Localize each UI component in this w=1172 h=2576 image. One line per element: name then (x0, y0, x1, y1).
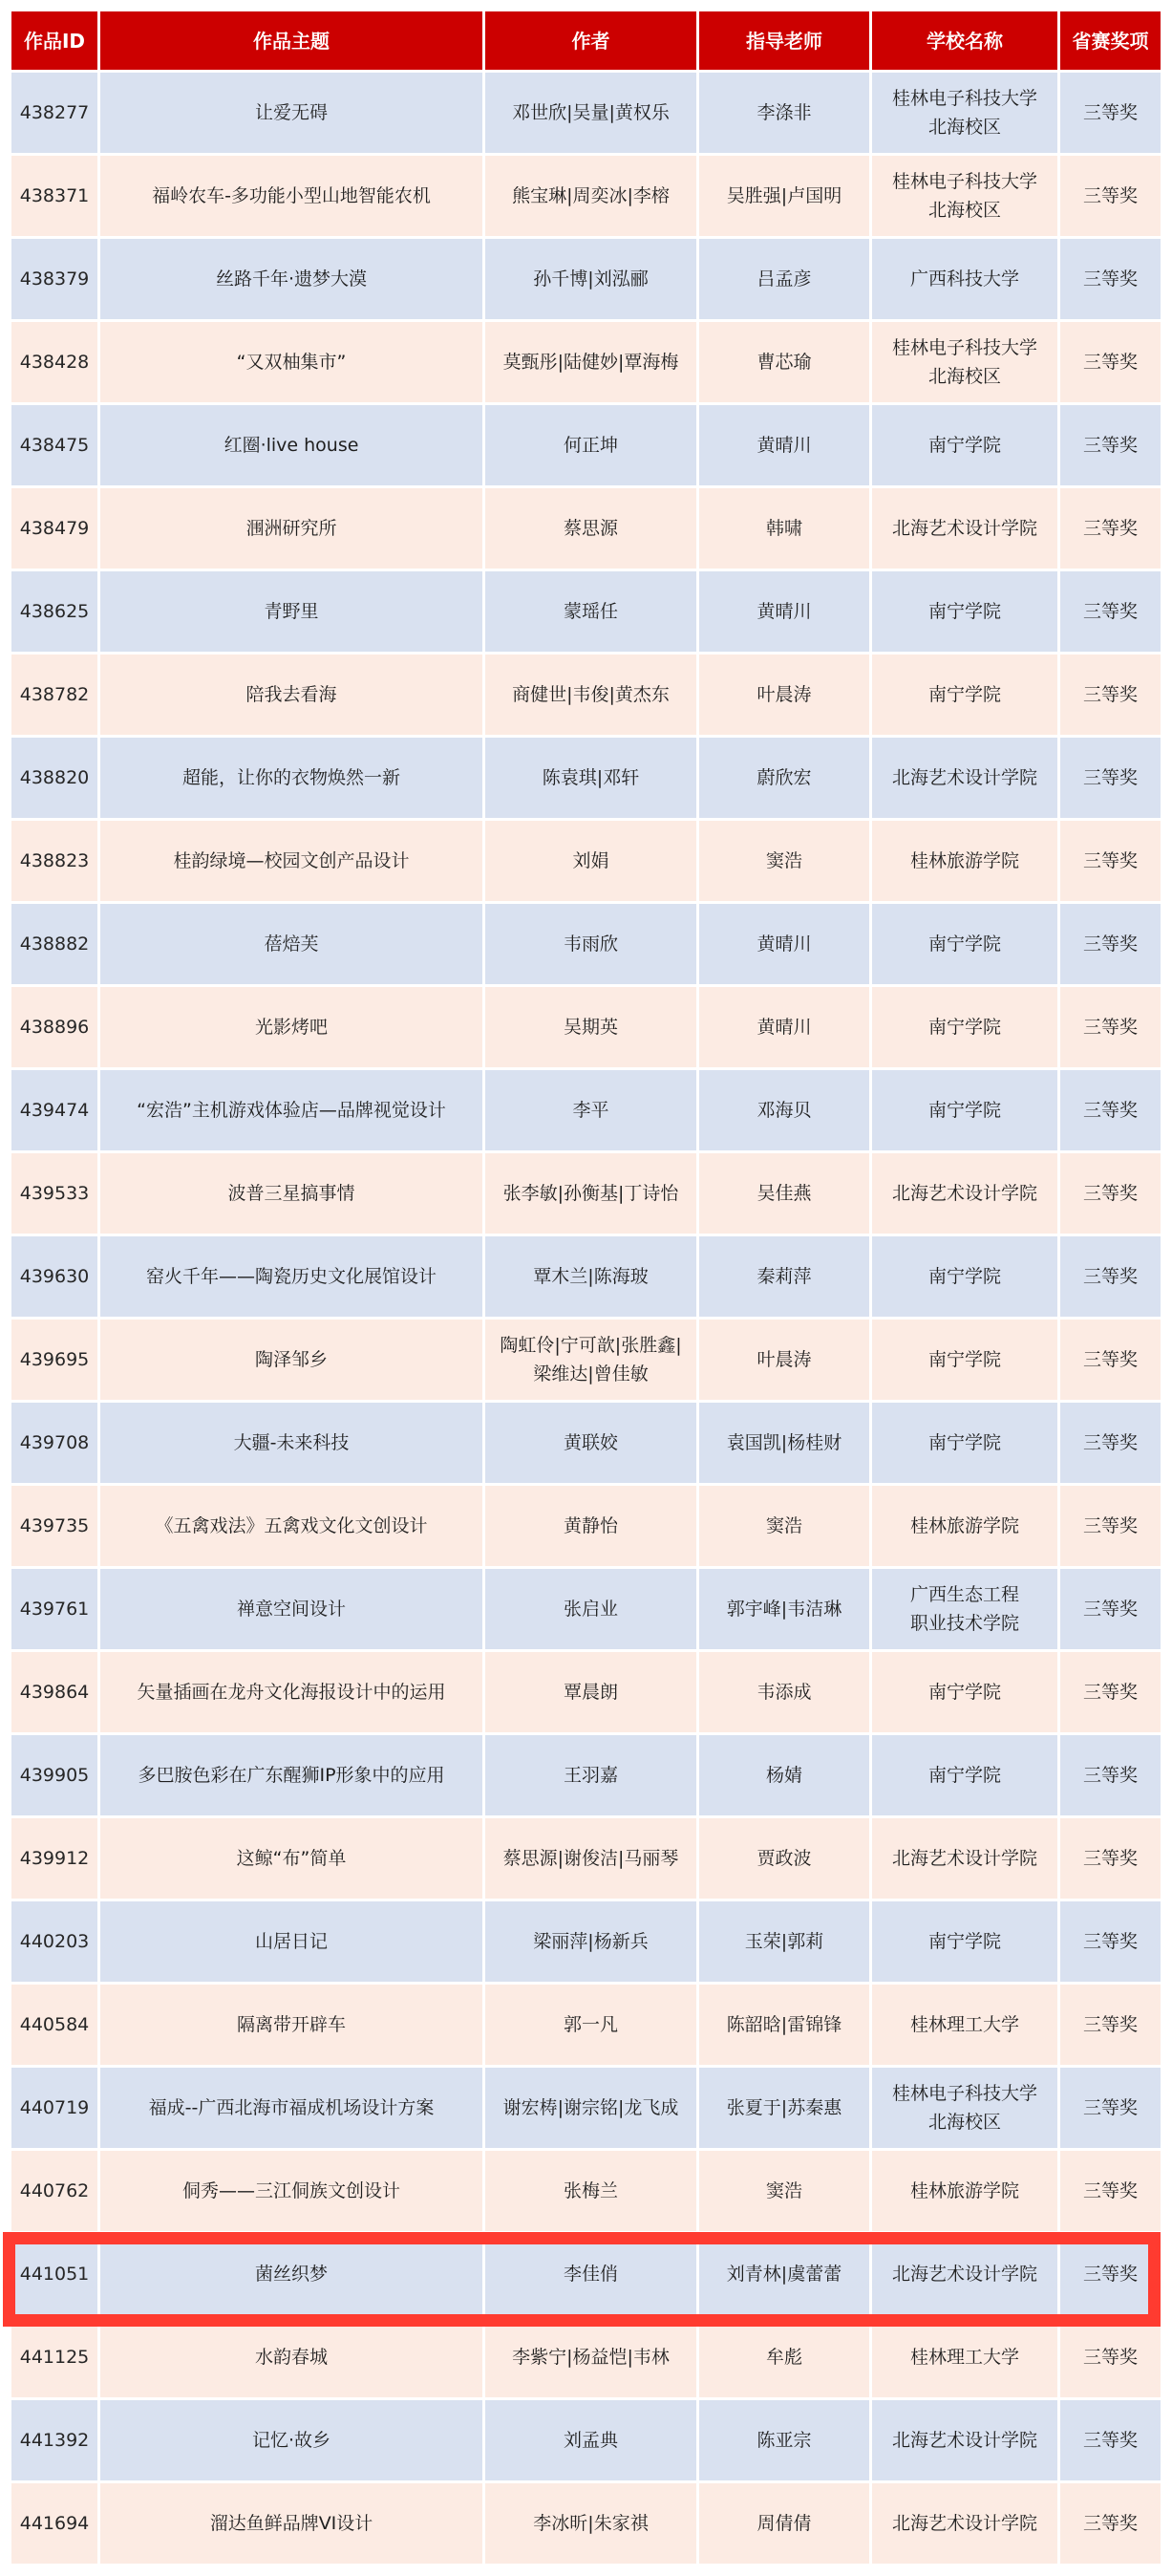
cell-school: 南宁学院 (872, 1320, 1057, 1400)
cell-school: 北海艺术设计学院 (872, 1153, 1057, 1234)
cell-work-id: 440203 (11, 1901, 97, 1982)
cell-school: 南宁学院 (872, 1403, 1057, 1483)
table-row: 441392 记忆·故乡 刘孟典 陈亚宗 北海艺术设计学院 三等奖 (11, 2400, 1161, 2480)
cell-award: 三等奖 (1060, 821, 1161, 901)
cell-authors: 李平 (485, 1070, 696, 1150)
table-row: 438896 光影烤吧 吴期英 黄晴川 南宁学院 三等奖 (11, 987, 1161, 1067)
cell-work-id: 438428 (11, 322, 97, 402)
cell-school: 广西科技大学 (872, 239, 1057, 319)
cell-work-id: 441051 (11, 2234, 97, 2314)
cell-advisors: 窦浩 (699, 2151, 869, 2231)
cell-authors: 李紫宁|杨益恺|韦林 (485, 2317, 696, 2397)
cell-authors: 刘孟典 (485, 2400, 696, 2480)
cell-school: 南宁学院 (872, 904, 1057, 984)
cell-advisors: 韩啸 (699, 488, 869, 569)
table-row: 439533 波普三星搞事情 张李敏|孙衡基|丁诗怡 吴佳燕 北海艺术设计学院 … (11, 1153, 1161, 1234)
cell-advisors: 叶晨涛 (699, 1320, 869, 1400)
cell-school: 南宁学院 (872, 405, 1057, 485)
cell-advisors: 吕孟彦 (699, 239, 869, 319)
cell-work-id: 438475 (11, 405, 97, 485)
cell-authors: 蔡思源 (485, 488, 696, 569)
table-row-highlighted: 441051 菌丝织梦 李佳俏 刘青林|虞蕾蕾 北海艺术设计学院 三等奖 (11, 2234, 1161, 2314)
cell-school: 桂林理工大学 (872, 1985, 1057, 2065)
cell-school: 北海艺术设计学院 (872, 1818, 1057, 1899)
cell-award: 三等奖 (1060, 1153, 1161, 1234)
cell-advisors: 袁国凯|杨桂财 (699, 1403, 869, 1483)
cell-award: 三等奖 (1060, 1735, 1161, 1815)
cell-authors: 莫甄彤|陆健妙|覃海梅 (485, 322, 696, 402)
cell-school: 桂林旅游学院 (872, 1486, 1057, 1566)
table-row: 438479 涠洲研究所 蔡思源 韩啸 北海艺术设计学院 三等奖 (11, 488, 1161, 569)
cell-work-id: 440719 (11, 2068, 97, 2148)
cell-award: 三等奖 (1060, 156, 1161, 236)
header-award: 省赛奖项 (1060, 11, 1161, 70)
table-row: 438371 福岭农车-多功能小型山地智能农机 熊宝琳|周奕冰|李榕 吴胜强|卢… (11, 156, 1161, 236)
table-row: 439761 禅意空间设计 张启业 郭宇峰|韦洁琳 广西生态工程 职业技术学院 … (11, 1569, 1161, 1649)
header-work-title: 作品主题 (100, 11, 482, 70)
cell-work-title: 山居日记 (100, 1901, 482, 1982)
table-row: 441125 水韵春城 李紫宁|杨益恺|韦林 牟彪 桂林理工大学 三等奖 (11, 2317, 1161, 2397)
cell-work-id: 439474 (11, 1070, 97, 1150)
cell-work-id: 439735 (11, 1486, 97, 1566)
cell-work-title: 矢量插画在龙舟文化海报设计中的运用 (100, 1652, 482, 1732)
cell-school: 北海艺术设计学院 (872, 2483, 1057, 2564)
cell-award: 三等奖 (1060, 1985, 1161, 2065)
cell-authors: 张李敏|孙衡基|丁诗怡 (485, 1153, 696, 1234)
cell-advisors: 陈亚宗 (699, 2400, 869, 2480)
cell-authors: 黄静怡 (485, 1486, 696, 1566)
cell-authors: 孙千博|刘泓郦 (485, 239, 696, 319)
cell-school: 南宁学院 (872, 1070, 1057, 1150)
cell-authors: 何正坤 (485, 405, 696, 485)
table-row: 438277 让爱无碍 邓世欣|吴量|黄权乐 李涤非 桂林电子科技大学 北海校区… (11, 73, 1161, 153)
cell-award: 三等奖 (1060, 904, 1161, 984)
cell-work-title: 陶泽邹乡 (100, 1320, 482, 1400)
cell-work-title: 陪我去看海 (100, 655, 482, 735)
cell-award: 三等奖 (1060, 2400, 1161, 2480)
cell-advisors: 张夏于|苏秦惠 (699, 2068, 869, 2148)
cell-award: 三等奖 (1060, 1236, 1161, 1317)
cell-work-title: 涠洲研究所 (100, 488, 482, 569)
cell-work-title: “宏浩”主机游戏体验店—品牌视觉设计 (100, 1070, 482, 1150)
cell-school: 南宁学院 (872, 1236, 1057, 1317)
cell-work-title: “又双柚集市” (100, 322, 482, 402)
table-row: 439474 “宏浩”主机游戏体验店—品牌视觉设计 李平 邓海贝 南宁学院 三等… (11, 1070, 1161, 1150)
cell-work-id: 438782 (11, 655, 97, 735)
cell-advisors: 吴佳燕 (699, 1153, 869, 1234)
cell-authors: 黄联姣 (485, 1403, 696, 1483)
cell-advisors: 窦浩 (699, 1486, 869, 1566)
cell-school: 北海艺术设计学院 (872, 2234, 1057, 2314)
cell-advisors: 玉荣|郭莉 (699, 1901, 869, 1982)
cell-authors: 张梅兰 (485, 2151, 696, 2231)
cell-award: 三等奖 (1060, 738, 1161, 818)
cell-advisors: 贾政波 (699, 1818, 869, 1899)
cell-work-id: 441694 (11, 2483, 97, 2564)
cell-authors: 李冰昕|朱家祺 (485, 2483, 696, 2564)
cell-school: 桂林电子科技大学 北海校区 (872, 2068, 1057, 2148)
cell-school: 桂林电子科技大学 北海校区 (872, 322, 1057, 402)
cell-authors: 吴期英 (485, 987, 696, 1067)
cell-work-id: 438896 (11, 987, 97, 1067)
table-row: 439864 矢量插画在龙舟文化海报设计中的运用 覃晨朗 韦添成 南宁学院 三等… (11, 1652, 1161, 1732)
cell-work-title: 让爱无碍 (100, 73, 482, 153)
cell-award: 三等奖 (1060, 2151, 1161, 2231)
cell-award: 三等奖 (1060, 2234, 1161, 2314)
cell-award: 三等奖 (1060, 1486, 1161, 1566)
cell-school: 桂林理工大学 (872, 2317, 1057, 2397)
cell-authors: 谢宏梼|谢宗铭|龙飞成 (485, 2068, 696, 2148)
table-body: 438277 让爱无碍 邓世欣|吴量|黄权乐 李涤非 桂林电子科技大学 北海校区… (11, 73, 1161, 2564)
cell-advisors: 李涤非 (699, 73, 869, 153)
header-advisors: 指导老师 (699, 11, 869, 70)
cell-work-id: 438379 (11, 239, 97, 319)
cell-work-id: 438625 (11, 571, 97, 652)
cell-work-title: 大疆-未来科技 (100, 1403, 482, 1483)
cell-work-title: 桂韵绿境—校园文创产品设计 (100, 821, 482, 901)
table-row: 438428 “又双柚集市” 莫甄彤|陆健妙|覃海梅 曹芯瑜 桂林电子科技大学 … (11, 322, 1161, 402)
cell-school: 北海艺术设计学院 (872, 488, 1057, 569)
cell-work-id: 439905 (11, 1735, 97, 1815)
cell-authors: 刘娟 (485, 821, 696, 901)
table-header-row: 作品ID 作品主题 作者 指导老师 学校名称 省赛奖项 (11, 11, 1161, 70)
cell-authors: 陶虹伶|宁可歆|张胜鑫| 梁维达|曾佳敏 (485, 1320, 696, 1400)
cell-work-id: 439630 (11, 1236, 97, 1317)
table-row: 439905 多巴胺色彩在广东醒狮IP形象中的应用 王羽嘉 杨婧 南宁学院 三等… (11, 1735, 1161, 1815)
cell-work-title: 菌丝织梦 (100, 2234, 482, 2314)
cell-work-id: 441392 (11, 2400, 97, 2480)
awards-table: 作品ID 作品主题 作者 指导老师 学校名称 省赛奖项 438277 让爱无碍 … (11, 11, 1161, 2566)
cell-school: 南宁学院 (872, 1652, 1057, 1732)
table-row: 438820 超能，让你的衣物焕然一新 陈袁琪|邓轩 蔚欣宏 北海艺术设计学院 … (11, 738, 1161, 818)
cell-work-id: 439708 (11, 1403, 97, 1483)
table-row: 438782 陪我去看海 商健世|韦俊|黄杰东 叶晨涛 南宁学院 三等奖 (11, 655, 1161, 735)
cell-work-title: 超能，让你的衣物焕然一新 (100, 738, 482, 818)
cell-work-title: 这鲸“布”简单 (100, 1818, 482, 1899)
cell-school: 桂林电子科技大学 北海校区 (872, 73, 1057, 153)
cell-work-id: 438277 (11, 73, 97, 153)
table-row: 440719 福成--广西北海市福成机场设计方案 谢宏梼|谢宗铭|龙飞成 张夏于… (11, 2068, 1161, 2148)
cell-authors: 陈袁琪|邓轩 (485, 738, 696, 818)
table-row: 440203 山居日记 梁丽萍|杨新兵 玉荣|郭莉 南宁学院 三等奖 (11, 1901, 1161, 1982)
cell-work-id: 438479 (11, 488, 97, 569)
cell-school: 南宁学院 (872, 571, 1057, 652)
cell-advisors: 黄晴川 (699, 571, 869, 652)
cell-award: 三等奖 (1060, 987, 1161, 1067)
cell-work-id: 439912 (11, 1818, 97, 1899)
cell-school: 南宁学院 (872, 655, 1057, 735)
cell-school: 北海艺术设计学院 (872, 738, 1057, 818)
cell-work-title: 波普三星搞事情 (100, 1153, 482, 1234)
cell-work-title: 溜达鱼鲜品牌VI设计 (100, 2483, 482, 2564)
cell-advisors: 韦添成 (699, 1652, 869, 1732)
cell-authors: 邓世欣|吴量|黄权乐 (485, 73, 696, 153)
cell-school: 南宁学院 (872, 1735, 1057, 1815)
cell-school: 南宁学院 (872, 1901, 1057, 1982)
cell-authors: 商健世|韦俊|黄杰东 (485, 655, 696, 735)
cell-work-id: 439695 (11, 1320, 97, 1400)
cell-award: 三等奖 (1060, 73, 1161, 153)
table-row: 438379 丝路千年·遗梦大漠 孙千博|刘泓郦 吕孟彦 广西科技大学 三等奖 (11, 239, 1161, 319)
cell-work-title: 禅意空间设计 (100, 1569, 482, 1649)
table-row: 439708 大疆-未来科技 黄联姣 袁国凯|杨桂财 南宁学院 三等奖 (11, 1403, 1161, 1483)
cell-school: 南宁学院 (872, 987, 1057, 1067)
cell-award: 三等奖 (1060, 2483, 1161, 2564)
cell-work-title: 侗秀——三江侗族文创设计 (100, 2151, 482, 2231)
cell-advisors: 吴胜强|卢国明 (699, 156, 869, 236)
table-row: 441694 溜达鱼鲜品牌VI设计 李冰昕|朱家祺 周倩倩 北海艺术设计学院 三… (11, 2483, 1161, 2564)
table-row: 438475 红圈·live house 何正坤 黄晴川 南宁学院 三等奖 (11, 405, 1161, 485)
cell-award: 三等奖 (1060, 1569, 1161, 1649)
table-row: 439695 陶泽邹乡 陶虹伶|宁可歆|张胜鑫| 梁维达|曾佳敏 叶晨涛 南宁学… (11, 1320, 1161, 1400)
table-row: 438882 蓓焙芙 韦雨欣 黄晴川 南宁学院 三等奖 (11, 904, 1161, 984)
cell-school: 桂林旅游学院 (872, 821, 1057, 901)
cell-work-title: 丝路千年·遗梦大漠 (100, 239, 482, 319)
cell-work-title: 窑火千年——陶瓷历史文化展馆设计 (100, 1236, 482, 1317)
table-row: 438625 青野里 蒙瑶任 黄晴川 南宁学院 三等奖 (11, 571, 1161, 652)
cell-authors: 覃晨朗 (485, 1652, 696, 1732)
cell-authors: 李佳俏 (485, 2234, 696, 2314)
header-school: 学校名称 (872, 11, 1057, 70)
cell-work-id: 440584 (11, 1985, 97, 2065)
cell-award: 三等奖 (1060, 655, 1161, 735)
cell-authors: 覃木兰|陈海玻 (485, 1236, 696, 1317)
cell-work-title: 《五禽戏法》五禽戏文化文创设计 (100, 1486, 482, 1566)
cell-advisors: 叶晨涛 (699, 655, 869, 735)
cell-work-id: 438371 (11, 156, 97, 236)
table-row: 440762 侗秀——三江侗族文创设计 张梅兰 窦浩 桂林旅游学院 三等奖 (11, 2151, 1161, 2231)
table-row: 438823 桂韵绿境—校园文创产品设计 刘娟 窦浩 桂林旅游学院 三等奖 (11, 821, 1161, 901)
cell-authors: 王羽嘉 (485, 1735, 696, 1815)
cell-advisors: 杨婧 (699, 1735, 869, 1815)
cell-award: 三等奖 (1060, 1320, 1161, 1400)
cell-authors: 郭一凡 (485, 1985, 696, 2065)
cell-advisors: 牟彪 (699, 2317, 869, 2397)
cell-work-title: 福岭农车-多功能小型山地智能农机 (100, 156, 482, 236)
cell-work-id: 440762 (11, 2151, 97, 2231)
cell-work-title: 福成--广西北海市福成机场设计方案 (100, 2068, 482, 2148)
cell-advisors: 黄晴川 (699, 904, 869, 984)
cell-school: 桂林旅游学院 (872, 2151, 1057, 2231)
cell-award: 三等奖 (1060, 1818, 1161, 1899)
cell-award: 三等奖 (1060, 322, 1161, 402)
cell-school: 桂林电子科技大学 北海校区 (872, 156, 1057, 236)
cell-advisors: 陈韶晗|雷锦锋 (699, 1985, 869, 2065)
cell-award: 三等奖 (1060, 2317, 1161, 2397)
cell-school: 北海艺术设计学院 (872, 2400, 1057, 2480)
cell-work-id: 439864 (11, 1652, 97, 1732)
table-row: 440584 隔离带开辟车 郭一凡 陈韶晗|雷锦锋 桂林理工大学 三等奖 (11, 1985, 1161, 2065)
cell-authors: 韦雨欣 (485, 904, 696, 984)
cell-advisors: 刘青林|虞蕾蕾 (699, 2234, 869, 2314)
cell-authors: 蔡思源|谢俊洁|马丽琴 (485, 1818, 696, 1899)
header-work-id: 作品ID (11, 11, 97, 70)
cell-award: 三等奖 (1060, 488, 1161, 569)
table-row: 439630 窑火千年——陶瓷历史文化展馆设计 覃木兰|陈海玻 秦莉萍 南宁学院… (11, 1236, 1161, 1317)
cell-work-title: 水韵春城 (100, 2317, 482, 2397)
cell-advisors: 蔚欣宏 (699, 738, 869, 818)
cell-advisors: 曹芯瑜 (699, 322, 869, 402)
cell-authors: 蒙瑶任 (485, 571, 696, 652)
cell-work-id: 438882 (11, 904, 97, 984)
cell-award: 三等奖 (1060, 1652, 1161, 1732)
cell-award: 三等奖 (1060, 1070, 1161, 1150)
cell-advisors: 窦浩 (699, 821, 869, 901)
cell-work-title: 隔离带开辟车 (100, 1985, 482, 2065)
cell-advisors: 邓海贝 (699, 1070, 869, 1150)
cell-award: 三等奖 (1060, 1901, 1161, 1982)
cell-work-title: 青野里 (100, 571, 482, 652)
cell-advisors: 郭宇峰|韦洁琳 (699, 1569, 869, 1649)
cell-work-title: 蓓焙芙 (100, 904, 482, 984)
cell-authors: 熊宝琳|周奕冰|李榕 (485, 156, 696, 236)
cell-work-id: 439533 (11, 1153, 97, 1234)
cell-award: 三等奖 (1060, 2068, 1161, 2148)
cell-authors: 张启业 (485, 1569, 696, 1649)
table-row: 439735 《五禽戏法》五禽戏文化文创设计 黄静怡 窦浩 桂林旅游学院 三等奖 (11, 1486, 1161, 1566)
cell-work-id: 438823 (11, 821, 97, 901)
cell-award: 三等奖 (1060, 405, 1161, 485)
table-row: 439912 这鲸“布”简单 蔡思源|谢俊洁|马丽琴 贾政波 北海艺术设计学院 … (11, 1818, 1161, 1899)
cell-work-id: 439761 (11, 1569, 97, 1649)
cell-school: 广西生态工程 职业技术学院 (872, 1569, 1057, 1649)
cell-work-id: 438820 (11, 738, 97, 818)
cell-work-title: 光影烤吧 (100, 987, 482, 1067)
cell-advisors: 黄晴川 (699, 405, 869, 485)
cell-work-title: 记忆·故乡 (100, 2400, 482, 2480)
header-authors: 作者 (485, 11, 696, 70)
cell-award: 三等奖 (1060, 239, 1161, 319)
cell-work-id: 441125 (11, 2317, 97, 2397)
cell-authors: 梁丽萍|杨新兵 (485, 1901, 696, 1982)
cell-advisors: 秦莉萍 (699, 1236, 869, 1317)
cell-work-title: 红圈·live house (100, 405, 482, 485)
cell-work-title: 多巴胺色彩在广东醒狮IP形象中的应用 (100, 1735, 482, 1815)
cell-advisors: 周倩倩 (699, 2483, 869, 2564)
cell-advisors: 黄晴川 (699, 987, 869, 1067)
cell-award: 三等奖 (1060, 1403, 1161, 1483)
cell-award: 三等奖 (1060, 571, 1161, 652)
